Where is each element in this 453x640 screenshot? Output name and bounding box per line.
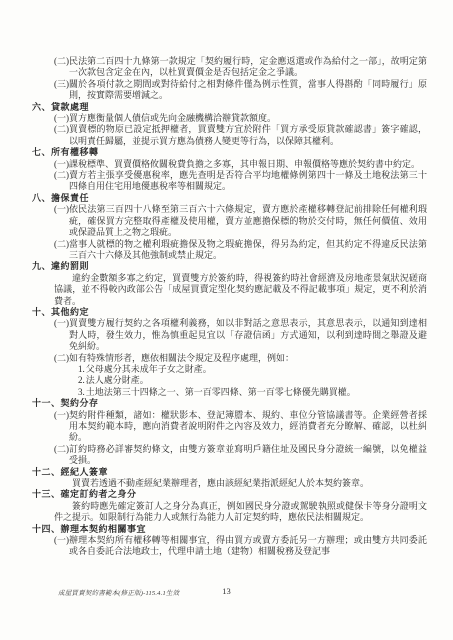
sub-item-marker: 2. bbox=[78, 375, 86, 386]
note-item: (一) 買方應衡量個人債信或先向金融機構洽辦貸款額度。 bbox=[32, 113, 427, 124]
note-item-text: 辦理本契約所有權移轉等相關事宜，得由買方或賣方委託另一方辦理；或由雙方共同委託或… bbox=[69, 535, 427, 558]
note-item-marker: (一) bbox=[54, 113, 69, 124]
note-item-text: 賣方若主張享受優惠稅率，應先查明是否符合平均地權條例第四十一條及土地稅法第三十四… bbox=[69, 170, 427, 193]
sub-item-marker: 1. bbox=[78, 364, 86, 375]
section-heading-warranty-liability: 八、擔保責任 bbox=[32, 193, 427, 204]
note-item: (一) 買賣雙方履行契約之各項權利義務，如以非對話之意思表示，其意思表示，以通知… bbox=[32, 318, 427, 352]
section-heading-ownership-transfer: 七、所有權移轉 bbox=[32, 147, 427, 158]
note-item-text: 依民法第三百四十八條至第三百六十六條規定，賣方應於產權移轉登記前排除任何權利瑕疵… bbox=[69, 204, 427, 238]
note-item-text: 買賣雙方履行契約之各項權利義務，如以非對話之意思表示，其意思表示，以通知到達相對… bbox=[69, 318, 427, 352]
note-item: (二) 買賣標的物原已設定抵押權者，買賣雙方宜於附件「買方承受原貸款確認書」簽字… bbox=[32, 124, 427, 147]
section-heading-broker-signature: 十二、經紀人簽章 bbox=[32, 467, 427, 478]
sub-list-item: 3. 土地法第三十四條之一、第一百零四條、第一百零七條優先購買權。 bbox=[32, 387, 427, 398]
note-item-text: 關於各項付款之期間或對待給付之相對條件僅為例示性質，當事人得斟酌「同時履行」原則… bbox=[69, 79, 427, 102]
note-item-marker: (二) bbox=[54, 239, 69, 262]
note-item-marker: (一) bbox=[54, 318, 69, 352]
note-item-marker: (一) bbox=[54, 204, 69, 238]
sub-item-text: 父母處分其未成年子女之財產。 bbox=[86, 364, 427, 375]
sub-item-text: 土地法第三十四條之一、第一百零四條、第一百零七條優先購買權。 bbox=[86, 387, 427, 398]
note-paragraph: 違約金數額多寡之約定，買賣雙方於簽約時，得視簽約時社會經濟及房地產景氣狀況磋商協… bbox=[32, 273, 427, 307]
note-item: (一) 課稅標準、買賣價格攸關稅費負擔之多寡，其申報日期、申報價格等應於契約書中… bbox=[32, 159, 427, 170]
note-item: (一) 契約附件種類，諸如：權狀影本、登記簿謄本、規約、車位分管協議書等。企業經… bbox=[32, 410, 427, 444]
section-heading-other-agreements: 十、其他約定 bbox=[32, 307, 427, 318]
note-item-marker: (二) bbox=[54, 444, 69, 467]
note-item-text: 民法第二百四十九條第一款規定「契約履行時，定金應返還或作為給付之一部」，故明定第… bbox=[69, 56, 427, 79]
sub-item-marker: 3. bbox=[78, 387, 86, 398]
note-paragraph: 簽約時應先確定簽訂人之身分為真正，例如國民身分證或駕駛執照或健保卡等身分證明文件… bbox=[32, 501, 427, 524]
sub-item-text: 法人處分財產。 bbox=[86, 375, 427, 386]
note-item: (三) 關於各項付款之期間或對待給付之相對條件僅為例示性質，當事人得斟酌「同時履… bbox=[32, 79, 427, 102]
note-item-text: 課稅標準、買賣價格攸關稅費負擔之多寡，其申報日期、申報價格等應於契約書中約定。 bbox=[69, 159, 427, 170]
note-item-text: 買賣標的物原已設定抵押權者，買賣雙方宜於附件「買方承受原貸款確認書」簽字確認，以… bbox=[69, 124, 427, 147]
note-paragraph: 買賣若透過不動產經紀業辦理者，應由該經紀業指派經紀人於本契約簽章。 bbox=[32, 478, 427, 489]
sub-list-item: 2. 法人處分財產。 bbox=[32, 375, 427, 386]
page-number: 13 bbox=[0, 586, 453, 596]
section-heading-breach-penalty: 九、違約罰則 bbox=[32, 261, 427, 272]
note-item-marker: (一) bbox=[54, 410, 69, 444]
section-heading-contract-copies: 十一、契約分存 bbox=[32, 398, 427, 409]
note-item-text: 買方應衡量個人債信或先向金融機構洽辦貸款額度。 bbox=[69, 113, 427, 124]
note-item-marker: (三) bbox=[54, 79, 69, 102]
note-item: (二) 訂約時務必詳審契約條文，由雙方簽章並寫明戶籍住址及國民身分證統一編號，以… bbox=[32, 444, 427, 467]
section-heading-contract-matters: 十四、辦理本契約相關事宜 bbox=[32, 524, 427, 535]
section-heading-loan-processing: 六、貸款處理 bbox=[32, 102, 427, 113]
page-footer: 成屋買賣契約書範本(修正版)-115.4.1生效 13 bbox=[0, 586, 453, 600]
note-item: (二) 如有特殊情形者，應依相關法令規定及程序處理，例如： bbox=[32, 353, 427, 364]
note-item-marker: (二) bbox=[54, 353, 69, 364]
section-heading-signer-identity: 十三、確定訂約者之身分 bbox=[32, 489, 427, 500]
note-item: (一) 依民法第三百四十八條至第三百六十六條規定，賣方應於產權移轉登記前排除任何… bbox=[32, 204, 427, 238]
document-content: (二) 民法第二百四十九條第一款規定「契約履行時，定金應返還或作為給付之一部」，… bbox=[32, 56, 427, 558]
note-item: (二) 當事人就標的物之權利瑕疵擔保及物之瑕疵擔保，得另為約定，但其約定不得違反… bbox=[32, 239, 427, 262]
note-item-text: 訂約時務必詳審契約條文，由雙方簽章並寫明戶籍住址及國民身分證統一編號，以免權益受… bbox=[69, 444, 427, 467]
note-item-marker: (二) bbox=[54, 170, 69, 193]
note-item-text: 當事人就標的物之權利瑕疵擔保及物之瑕疵擔保，得另為約定，但其約定不得違反民法第三… bbox=[69, 239, 427, 262]
note-item-marker: (二) bbox=[54, 56, 69, 79]
note-item: (二) 民法第二百四十九條第一款規定「契約履行時，定金應返還或作為給付之一部」，… bbox=[32, 56, 427, 79]
note-item-marker: (一) bbox=[54, 535, 69, 558]
note-item-marker: (二) bbox=[54, 124, 69, 147]
note-item: (二) 賣方若主張享受優惠稅率，應先查明是否符合平均地權條例第四十一條及土地稅法… bbox=[32, 170, 427, 193]
sub-list-item: 1. 父母處分其未成年子女之財產。 bbox=[32, 364, 427, 375]
note-item: (一) 辦理本契約所有權移轉等相關事宜，得由買方或賣方委託另一方辦理；或由雙方共… bbox=[32, 535, 427, 558]
document-page: (二) 民法第二百四十九條第一款規定「契約履行時，定金應返還或作為給付之一部」，… bbox=[0, 0, 453, 640]
note-item-text: 契約附件種類，諸如：權狀影本、登記簿謄本、規約、車位分管協議書等。企業經營者採用… bbox=[69, 410, 427, 444]
note-item-text: 如有特殊情形者，應依相關法令規定及程序處理，例如： bbox=[69, 353, 427, 364]
note-item-marker: (一) bbox=[54, 159, 69, 170]
